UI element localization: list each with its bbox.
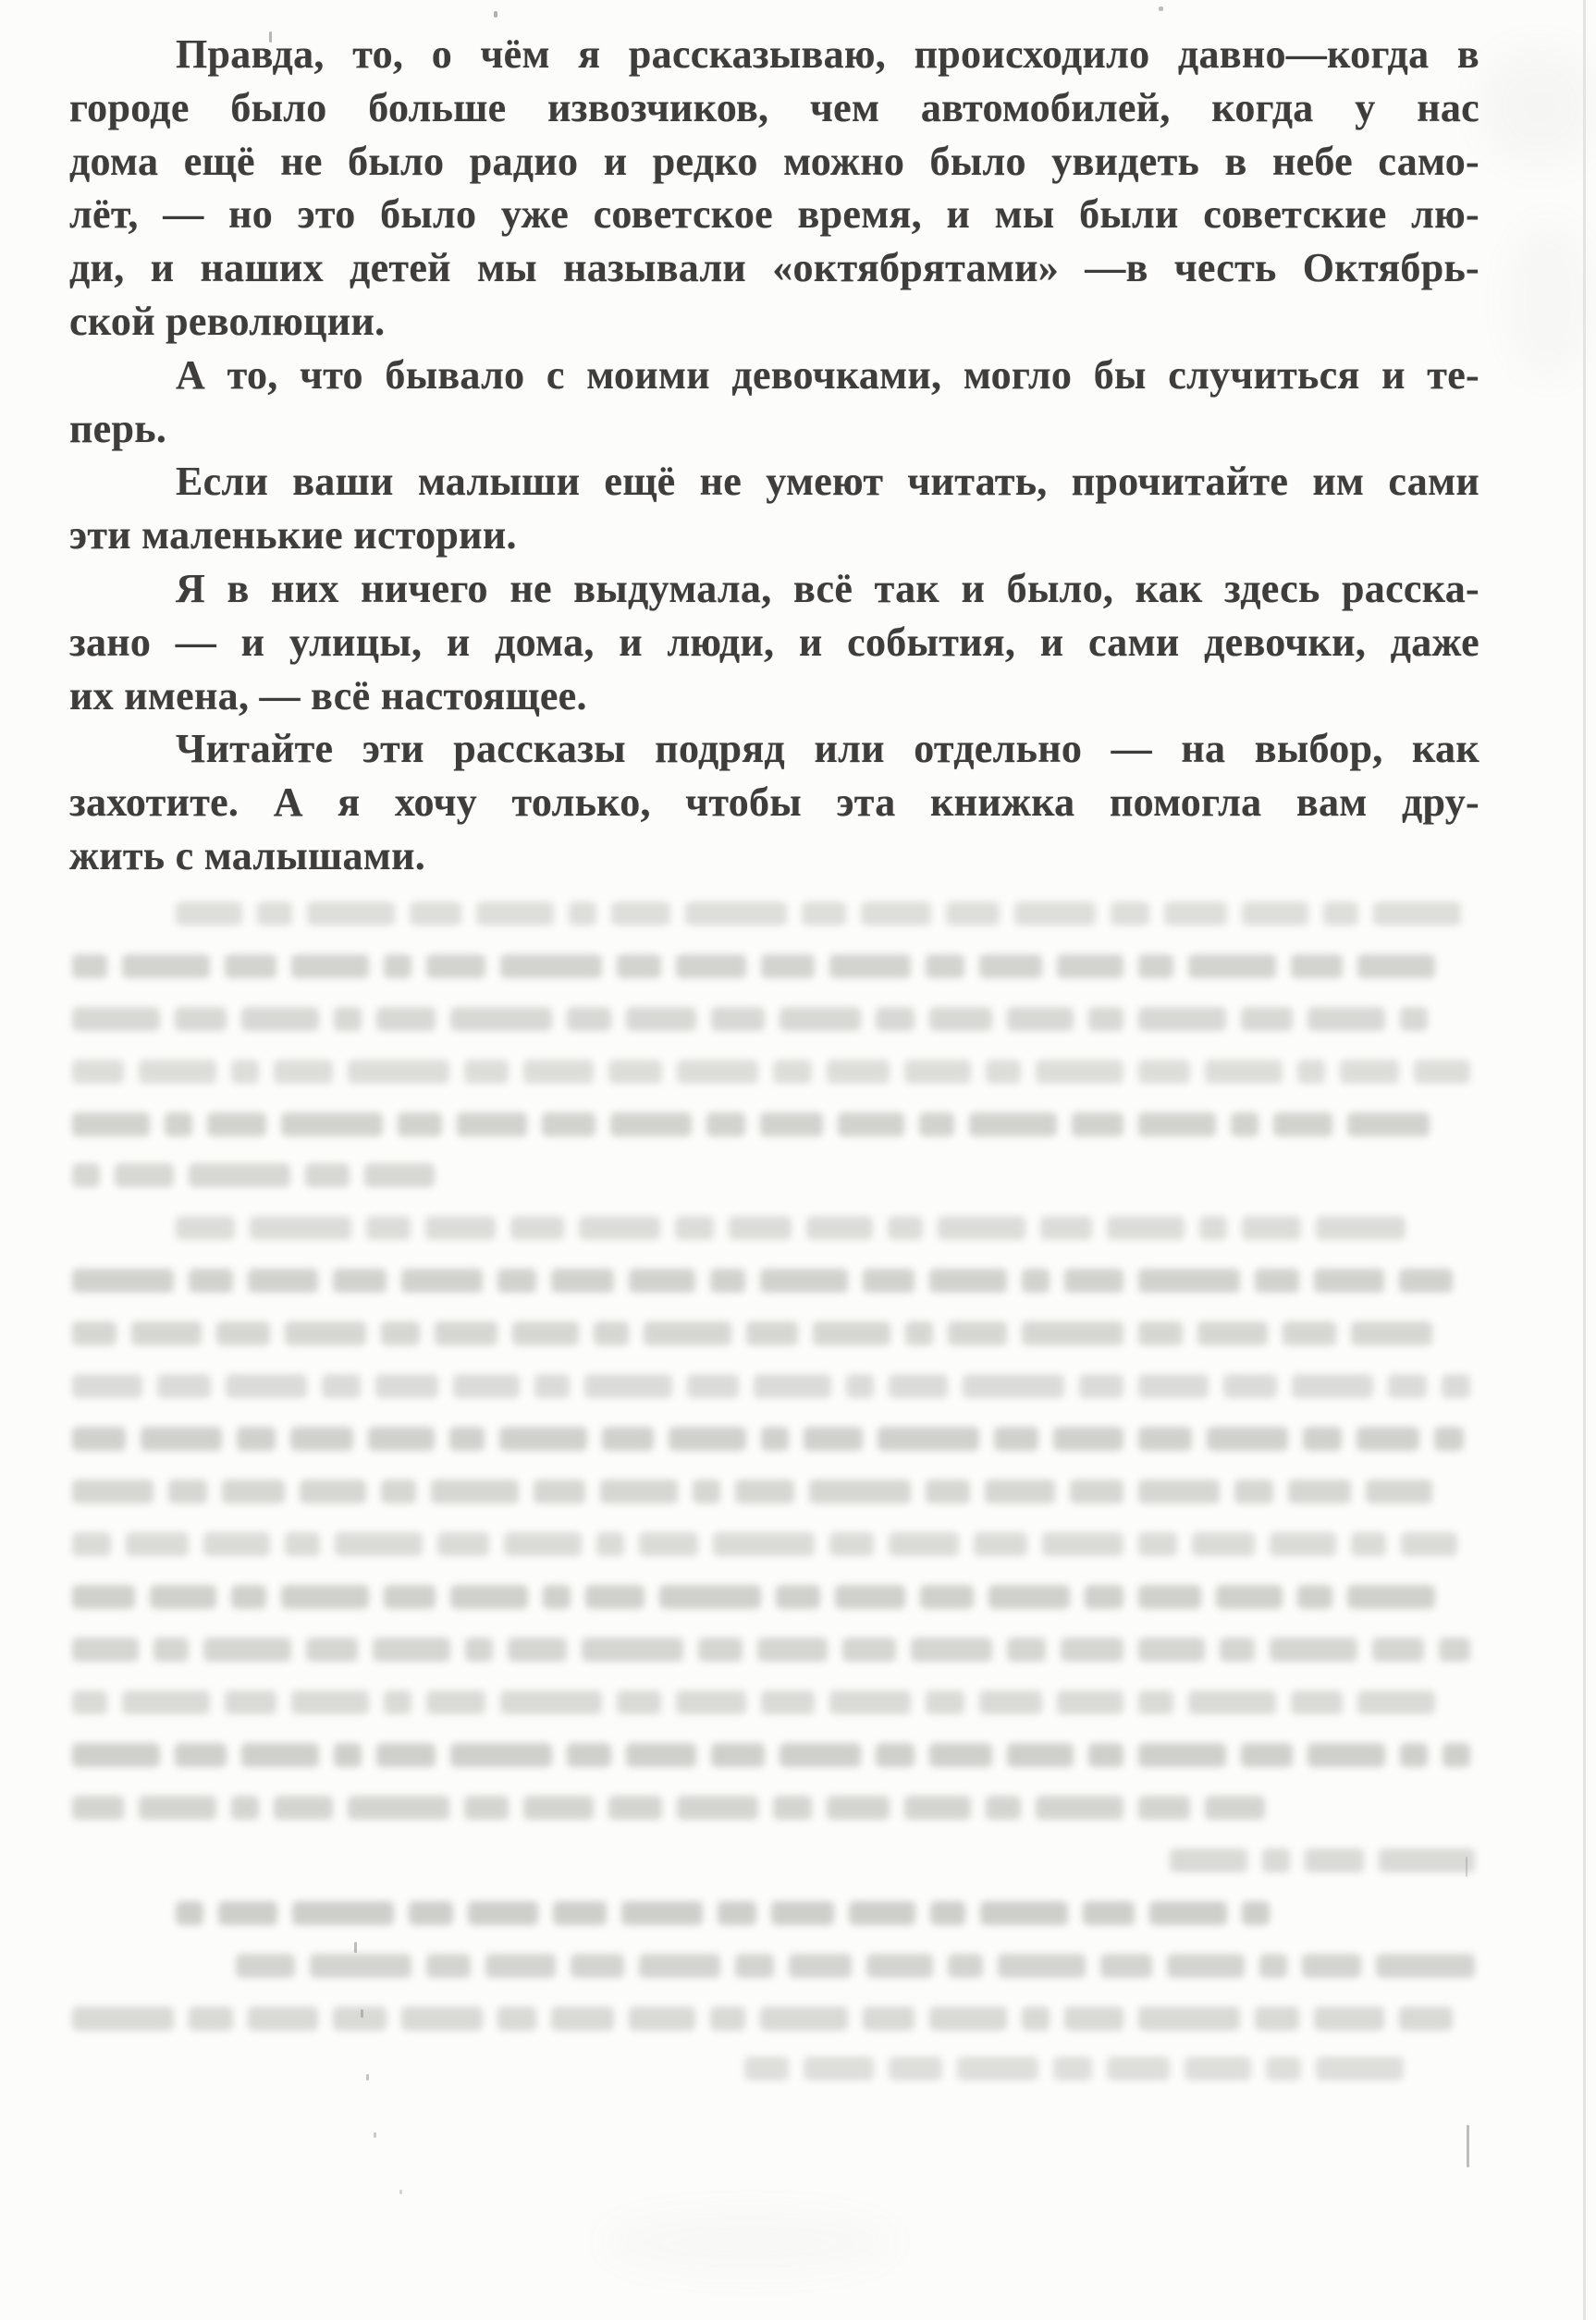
book-page: Правда, то, о чём я рассказываю, происхо… xyxy=(0,0,1596,2320)
text-line: жить с малышами. xyxy=(69,829,1479,883)
bleed-line xyxy=(72,1796,1265,1820)
text-line: Я в них ничего не выдумала, всё так и бы… xyxy=(69,562,1479,616)
text-line: А то, что бывало с моими девочками, могл… xyxy=(69,349,1479,402)
scan-speck xyxy=(1159,6,1163,11)
scan-speck xyxy=(1466,1857,1467,1877)
text-line: зано — и улицы, и дома, и люди, и событи… xyxy=(69,616,1479,669)
bleed-line xyxy=(72,954,1473,978)
text-line: Правда, то, о чём я рассказываю, происхо… xyxy=(69,28,1479,81)
text-line: дома ещё не было радио и редко можно был… xyxy=(69,135,1479,189)
text-line: перь. xyxy=(69,402,1479,456)
bleed-line xyxy=(72,1163,470,1187)
text-block: Правда, то, о чём я рассказываю, происхо… xyxy=(69,28,1479,883)
bleed-line xyxy=(176,1216,1406,1240)
scan-smudge xyxy=(1479,46,1596,166)
text-line: эти маленькие истории. xyxy=(69,509,1479,562)
scan-speck xyxy=(1467,2125,1469,2167)
bleed-line xyxy=(1170,1848,1475,1872)
bleed-line xyxy=(176,902,1470,926)
scan-speck xyxy=(354,1942,357,1953)
bleed-line xyxy=(744,2056,1406,2081)
bleed-line xyxy=(72,1585,1441,1609)
bleed-line xyxy=(72,1112,1430,1136)
bleed-line xyxy=(72,1269,1470,1293)
scan-speck xyxy=(366,2074,369,2081)
page-edge-line xyxy=(1583,0,1586,2320)
bleed-line xyxy=(72,2007,1470,2031)
text-line: ской революции. xyxy=(69,295,1479,349)
text-line: ди, и наших детей мы называли «октябрята… xyxy=(69,241,1479,295)
text-line: лёт, — но это было уже советское время, … xyxy=(69,188,1479,241)
bleed-line xyxy=(72,1690,1457,1714)
bleed-line xyxy=(176,1901,1276,1925)
scan-speck xyxy=(494,11,497,18)
scan-smudge xyxy=(1507,222,1590,379)
bleed-line xyxy=(72,1007,1457,1031)
text-line: Читайте эти рассказы подряд или отдельно… xyxy=(69,722,1479,776)
bleed-line xyxy=(72,1374,1470,1398)
text-line: городе было больше извозчиков, чем автом… xyxy=(69,81,1479,135)
bleed-line xyxy=(72,1479,1470,1504)
text-line: захотите. А я хочу только, чтобы эта кни… xyxy=(69,776,1479,829)
text-line: Если ваши малыши ещё не умеют читать, пр… xyxy=(69,455,1479,509)
bleed-line xyxy=(72,1638,1470,1662)
scan-speck xyxy=(399,2190,402,2194)
bleed-line xyxy=(72,1427,1464,1451)
text-line: их имена, — всё настоящее. xyxy=(69,669,1479,723)
bleed-line xyxy=(72,1060,1470,1084)
scan-speck xyxy=(361,2009,363,2018)
scan-smudge xyxy=(601,2210,897,2275)
bleed-line xyxy=(72,1532,1457,1556)
bleed-line xyxy=(236,1954,1475,1978)
bleed-line xyxy=(72,1743,1470,1767)
bleed-line xyxy=(72,1321,1457,1345)
scan-speck xyxy=(374,2132,376,2138)
